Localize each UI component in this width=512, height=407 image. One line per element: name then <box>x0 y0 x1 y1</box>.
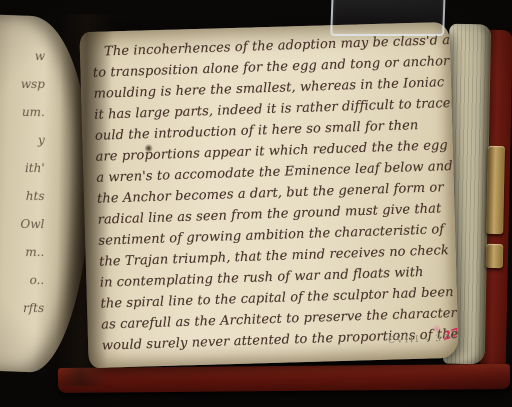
brass-clasp-lower <box>486 244 503 268</box>
brass-clasp <box>486 146 505 234</box>
manuscript-text: The incoherhences of the adoption may be… <box>92 30 456 357</box>
left-page-fragment: rfts <box>20 294 44 322</box>
left-page-fragment: ith' <box>20 154 44 182</box>
left-page-fragment: wsp <box>21 70 45 98</box>
left-page-fragments: wwspum.yith'htsOwlm..o..rfts <box>20 42 45 322</box>
left-page-fragment: y <box>20 126 44 154</box>
book-cover-bottom-edge <box>58 364 510 393</box>
left-page-fragment: m.. <box>20 238 44 266</box>
mounting-clip <box>330 0 446 36</box>
manuscript-page: The incoherhences of the adoption may be… <box>79 22 458 368</box>
left-page-fragment: um. <box>21 98 45 126</box>
photo-of-open-sketchbook: wwspum.yith'htsOwlm..o..rfts The incoher… <box>0 0 512 407</box>
left-page-fragment: hts <box>20 182 44 210</box>
left-page-fragment: Owl <box>20 210 44 238</box>
left-page-fragment: o.. <box>20 266 44 294</box>
left-page-fragment: w <box>21 42 45 70</box>
